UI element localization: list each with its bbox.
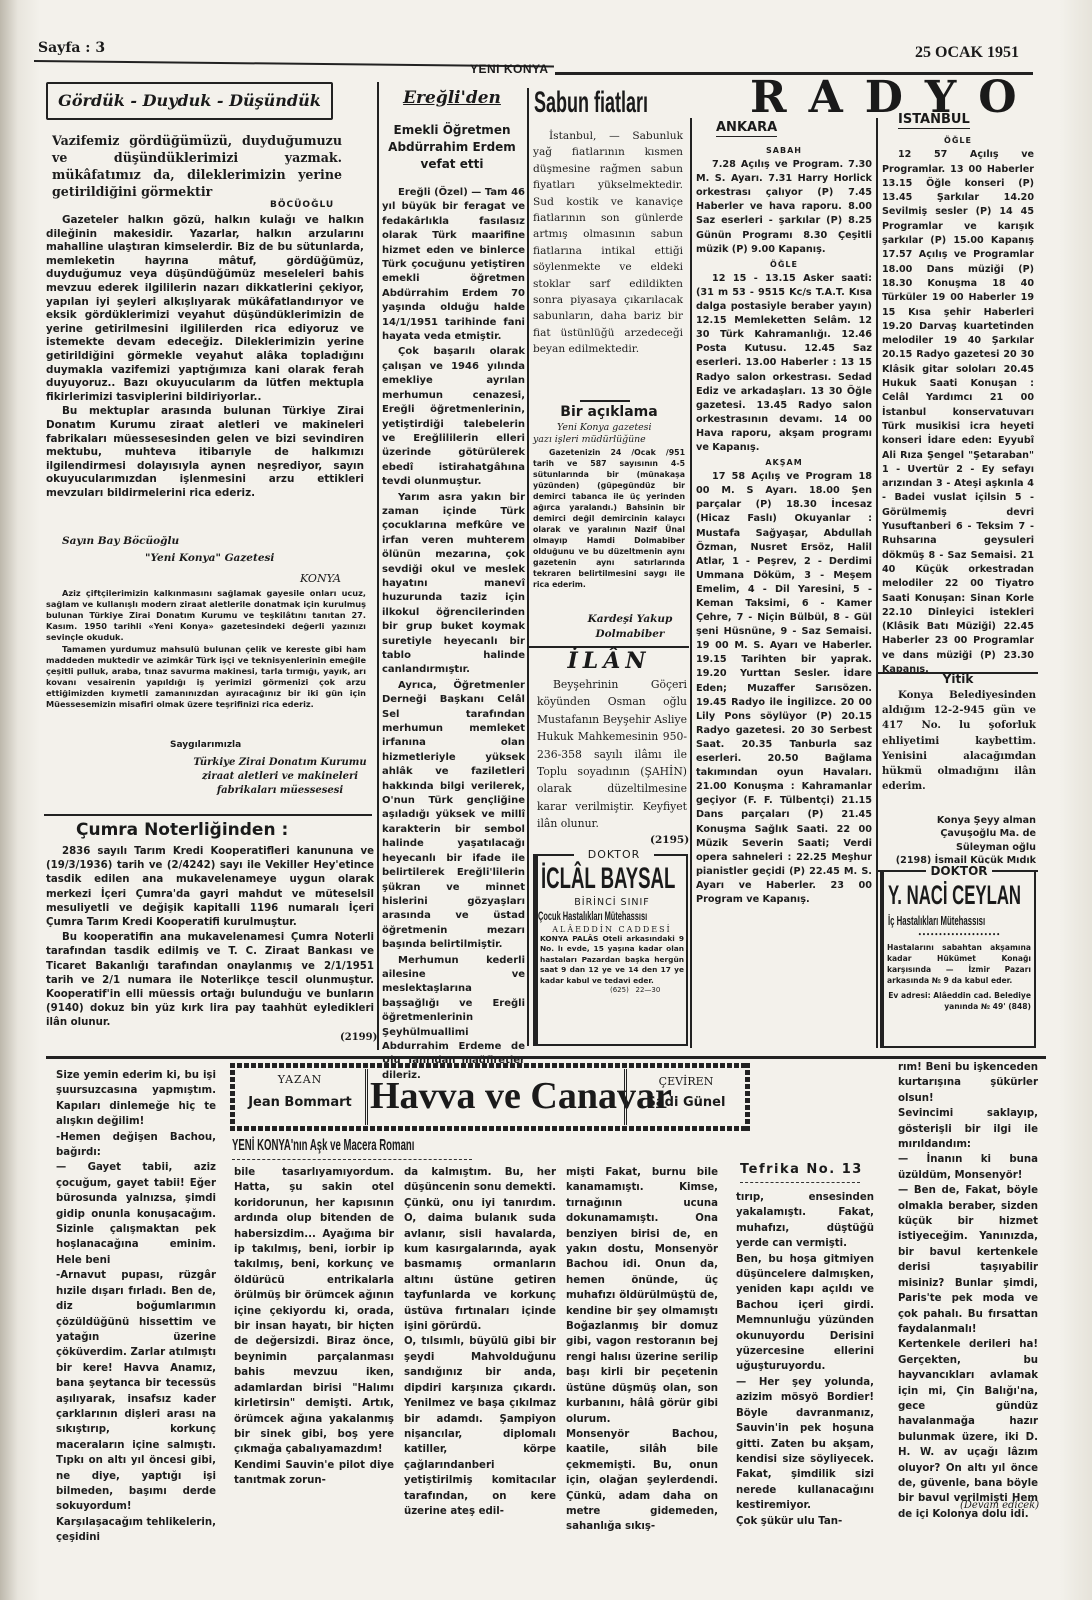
- serial-title: Havva ve Canavar: [370, 1067, 620, 1125]
- radyo-program-text: 17 58 Açılış ve Program 18 00 M. S Ayarı…: [696, 470, 872, 907]
- letter-newspaper: "Yeni Konya" Gazetesi: [145, 552, 274, 564]
- eregli-paragraph: Çok başarılı olarak çalışan ve 1946 yılı…: [382, 345, 525, 489]
- aciklama-signature: Kardeşi Yakup Dolmabiber: [580, 612, 680, 642]
- aciklama-paragraph: Gazetenizin 24 /Ocak /951 tarih ve 587 s…: [533, 447, 685, 590]
- aciklama-title: Bir açıklama: [533, 404, 685, 420]
- eregli-paragraph: Ayrıca, Öğretmenler Derneği Başkanı Celâ…: [382, 679, 525, 953]
- column-paragraph: Bu mektuplar arasında bulunan Türkiye Zi…: [46, 405, 364, 500]
- cumra-body: 2836 sayılı Tarım Kredi Kooperatifleri k…: [46, 845, 374, 1032]
- ad-baysal: DOKTOR İCLÂL BAYSAL BİRİNCİ SINIF Çocuk …: [533, 854, 688, 1046]
- ad-baysal-body: KONYA PALÂS Oteli arkasındaki 9 No. lı e…: [538, 934, 686, 986]
- ad-baysal-name: İCLÂL BAYSAL: [541, 861, 631, 897]
- signature-line: Kardeşi Yakup: [580, 612, 680, 627]
- column-body: Gazeteler halkın gözü, halkın kulağı ve …: [46, 214, 364, 501]
- letter-paragraph: Tamamen yurdumuz mahsulü bulunan çelik v…: [46, 644, 366, 710]
- aciklama-to-line: yazı işleri müdürlüğüne: [533, 434, 685, 446]
- serial-author: Jean Bommart: [236, 1095, 364, 1110]
- column-rule: [876, 118, 878, 1048]
- signature-line: Süleyman oğlu: [882, 841, 1036, 854]
- ad-baysal-label: DOKTOR: [574, 848, 654, 861]
- eregli-kicker: Ereğli'den: [382, 88, 522, 108]
- serial-continued: (Devam edicek): [960, 1500, 1039, 1511]
- chain-border-right: [745, 1063, 750, 1131]
- section-divider: [44, 814, 372, 816]
- radyo-section-label: SABAH: [696, 144, 872, 158]
- wavy-underline: [740, 1180, 860, 1183]
- ilan-paragraph: Beyşehrinin Göçeri köyünden Osman oğlu M…: [537, 676, 687, 833]
- column-rule: [690, 118, 692, 1048]
- dotted-divider: ••••••••••••••••••••: [884, 930, 1034, 940]
- aciklama-body: Gazetenizin 24 /Ocak /951 tarih ve 587 s…: [533, 447, 685, 591]
- page-date: 25 OCAK 1951: [915, 44, 1019, 62]
- banner-divider: [624, 1069, 627, 1125]
- ad-baysal-rank: BİRİNCİ SINIF: [538, 897, 686, 908]
- yitik-paragraph: Konya Belediyesinden aldığım 12-2-945 gü…: [882, 688, 1036, 794]
- serial-column-4: mişti Fakat, burnu bile kanamamıştı. Kim…: [566, 1165, 718, 1535]
- letter-paragraph: Aziz çiftçilerimizin kalkınmasını sağlam…: [46, 588, 366, 643]
- ilan-body: Beyşehrinin Göçeri köyünden Osman oğlu M…: [537, 676, 687, 834]
- serial-translator: Sadi Günel: [628, 1095, 744, 1110]
- radyo-istanbul-label: ISTANBUL: [898, 112, 970, 129]
- radyo-section-label: ÖĞLE: [882, 134, 1034, 148]
- serial-translator-label: ÇEVİREN: [628, 1075, 744, 1088]
- banner-divider: [365, 1069, 368, 1125]
- sabun-headline: Sabun fiatları: [534, 86, 648, 120]
- column-byline: BÖCÜOĞLU: [270, 200, 334, 210]
- ilan-title: İLÂN: [533, 648, 685, 674]
- serial-series-label: YENİ KONYA'nın Aşk ve Macera Romanı: [232, 1137, 414, 1155]
- ad-ceylan: DOKTOR Y. NACİ CEYLAN İç Hastalıkları Mü…: [880, 870, 1036, 1048]
- chain-border-bottom: [230, 1126, 750, 1131]
- signature-line: ziraat aletleri ve makineleri: [190, 770, 370, 784]
- serial-banner: YAZAN Jean Bommart Havva ve Canavar ÇEVİ…: [230, 1063, 750, 1131]
- signature-line: Türkiye Zirai Donatım Kurumu: [190, 756, 370, 770]
- ad-ceylan-name: Y. NACİ CEYLAN: [888, 878, 979, 912]
- yitik-body: Konya Belediyesinden aldığım 12-2-945 gü…: [882, 688, 1036, 795]
- serial-column-1: Size yemin ederim ki, bu işi şuursuzcası…: [56, 1068, 216, 1546]
- eregli-body: Ereğli (Özel) — Tam 46 yıl büyük bir fer…: [382, 186, 525, 1084]
- column-header-title: Gördük - Duyduk - Düşündük: [48, 84, 331, 118]
- letter-city: KONYA: [300, 572, 341, 585]
- signature-line: Dolmabiber: [580, 627, 680, 642]
- column-paragraph: Gazeteler halkın gözü, halkın kulağı ve …: [46, 214, 364, 404]
- paper-name: YENI KONYA: [470, 62, 549, 76]
- newspaper-page: Sayfa : 3 YENI KONYA 25 OCAK 1951 Gördük…: [0, 0, 1092, 1600]
- serial-column-3: da kalmıştım. Bu, her düşüncenin sonu de…: [404, 1165, 556, 1519]
- letter-signature: Türkiye Zirai Donatım Kurumu ziraat alet…: [190, 756, 370, 798]
- ad-baysal-ref: (625) 22—30: [538, 986, 686, 994]
- column-motto: Vazifemiz gördüğümüzü, duyduğumuzu ve dü…: [52, 132, 342, 200]
- ad-ceylan-body: Hastalarını sabahtan akşamına kadar Hükü…: [884, 940, 1034, 988]
- ad-ceylan-label-text: DOKTOR: [926, 864, 991, 878]
- radyo-program-text: 12 57 Açılış ve Programlar. 13 00 Haberl…: [882, 148, 1034, 677]
- ad-ref: (625): [610, 986, 629, 994]
- radyo-ankara: SABAH 7.28 Açılış ve Program. 7.30 M. S.…: [696, 144, 872, 908]
- radyo-program-text: 7.28 Açılış ve Program. 7.30 M. S. Ayarı…: [696, 158, 872, 257]
- section-divider: [46, 1056, 1046, 1059]
- radyo-title: RADYO: [750, 74, 1039, 122]
- radyo-istanbul: ÖĞLE 12 57 Açılış ve Programlar. 13 00 H…: [882, 134, 1034, 678]
- serial-column-2: bile tasarlıyamıyordum. Hatta, şu sakin …: [234, 1165, 394, 1489]
- yitik-title: Yitik: [880, 672, 1036, 686]
- aciklama-to-line: Yeni Konya gazetesi: [533, 422, 685, 434]
- column-rule: [527, 88, 529, 1046]
- radyo-section-label: AKŞAM: [696, 456, 872, 470]
- letter-closing: Saygılarımızla: [170, 740, 241, 750]
- ad-baysal-address: ALÂEDDİN CADDESİ: [538, 925, 686, 934]
- sabun-paragraph: İstanbul, — Sabunluk yağ fiatlarının kıs…: [533, 128, 683, 358]
- ad-ceylan-specialty: İç Hastalıkları Mütehassısı: [888, 912, 976, 930]
- ad-baysal-specialty: Çocuk Hastalıkları Mütehassısı: [538, 908, 630, 925]
- serial-author-label: YAZAN: [236, 1073, 364, 1086]
- letter-salutation: Sayın Bay Böcüoğlu: [62, 535, 179, 547]
- serial-column-5: tırıp, ensesinden yakalamıştı. Fakat, mu…: [736, 1190, 874, 1529]
- sabun-body: İstanbul, — Sabunluk yağ fiatlarının kıs…: [533, 128, 683, 359]
- cumra-paragraph: Bu kooperatifin ana mukavelenamesi Çumra…: [46, 931, 374, 1030]
- yitik-signature: Konya Şeyy alman Çavuşoğlu Ma. de Süleym…: [882, 814, 1036, 868]
- radyo-ankara-label: ANKARA: [716, 120, 777, 137]
- eregli-headline: Emekli Öğretmen Abdürrahim Erdem vefat e…: [382, 122, 522, 173]
- radyo-section-label: ÖĞLE: [696, 258, 872, 272]
- signature-line: Çavuşoğlu Ma. de: [882, 827, 1036, 840]
- letter-body: Aziz çiftçilerimizin kalkınmasını sağlam…: [46, 588, 366, 711]
- short-divider: [580, 400, 630, 402]
- eregli-paragraph: Ereğli (Özel) — Tam 46 yıl büyük bir fer…: [382, 186, 525, 344]
- radyo-program-text: 12 15 - 13.15 Asker saati: (31 m 53 - 95…: [696, 272, 872, 455]
- wavy-underline: [232, 1157, 472, 1160]
- ad-ceylan-address: Ev adresi: Alâeddin cad. Belediye yanınd…: [884, 988, 1034, 1014]
- signature-line: fabrikaları müessesesi: [190, 784, 370, 798]
- ad-ceylan-label: DOKTOR: [884, 864, 1034, 878]
- column-rule: [377, 82, 379, 1050]
- cumra-paragraph: 2836 sayılı Tarım Kredi Kooperatifleri k…: [46, 845, 374, 930]
- serial-column-6: rım! Beni bu işkenceden kurtarışına şükü…: [898, 1060, 1038, 1522]
- serial-episode: Tefrika No. 13: [740, 1162, 863, 1177]
- cumra-title: Çumra Noterliğinden :: [76, 820, 288, 840]
- eregli-paragraph: Yarım asra yakın bir zaman içinde Türk ç…: [382, 491, 525, 678]
- aciklama-to: Yeni Konya gazetesi yazı işleri müdürlüğ…: [533, 422, 685, 446]
- page-number: Sayfa : 3: [38, 40, 105, 56]
- signature-line: Konya Şeyy alman: [882, 814, 1036, 827]
- chain-border-left: [230, 1063, 235, 1131]
- cumra-ref: (2199): [340, 1032, 377, 1043]
- column-header-box: Gördük - Duyduk - Düşündük: [46, 82, 333, 120]
- ilan-ref: (2195): [650, 834, 689, 846]
- ad-ref2: 22—30: [636, 986, 661, 994]
